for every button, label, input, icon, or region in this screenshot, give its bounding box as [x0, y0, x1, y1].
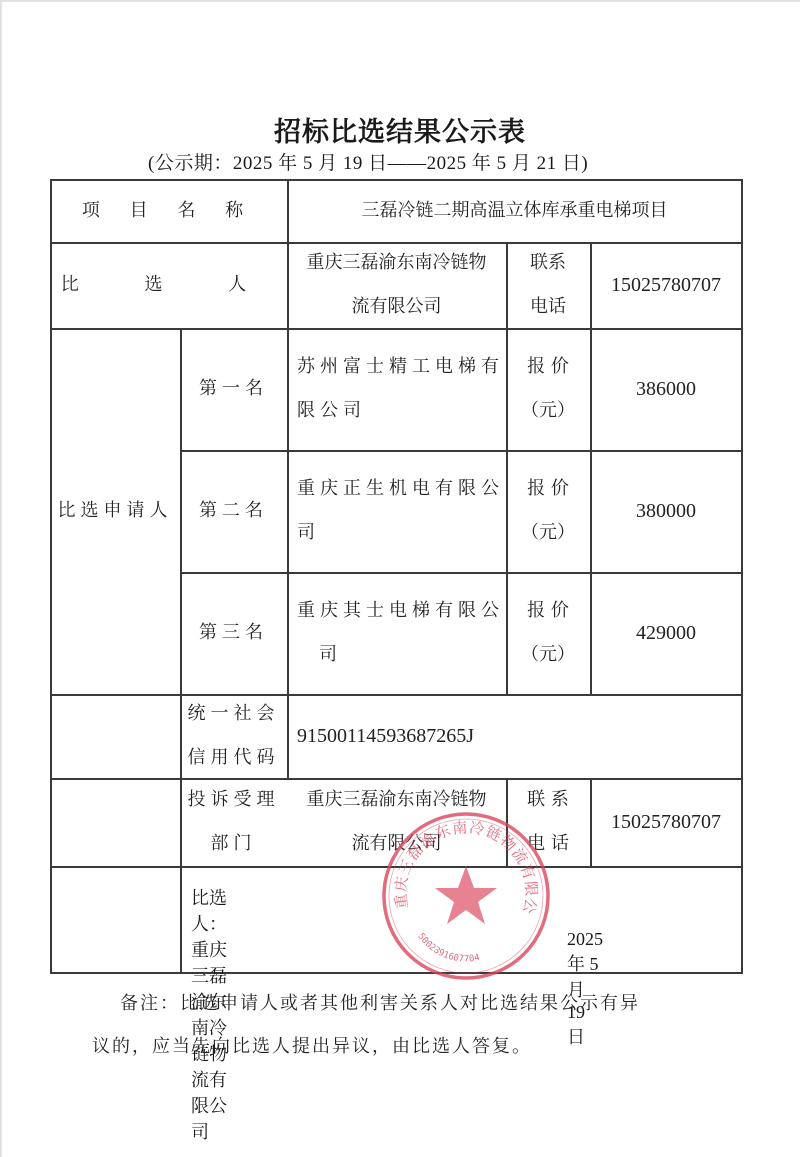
- applicant-rank: 第三名: [199, 611, 268, 655]
- applicant-rank-cell: 第三名: [180, 572, 287, 694]
- applicant-price-label-cell: 报 价 （元）: [506, 450, 590, 572]
- applicant-company-line1: 重庆其士电梯有限公: [297, 589, 504, 633]
- applicants-label-cell: 比选申请人: [50, 328, 180, 694]
- selector-name-cell: 重庆三磊渝东南冷链物 流有限公司: [287, 242, 506, 328]
- applicant-company-cell: 重庆正生机电有限公 司: [287, 450, 506, 572]
- svg-text:5002391607704: 5002391607704: [415, 932, 480, 965]
- complaint-dept-line1: 重庆三磊渝东南冷链物: [307, 778, 487, 822]
- selector-label-cell: 比 选 人: [50, 242, 287, 328]
- seal-number: 5002391607704: [415, 932, 480, 965]
- remark-note: 备注：比选申请人或者其他利害关系人对比选结果公示有异 议的，应当先向比选人提出异…: [120, 982, 720, 1068]
- project-name-label: 项 目 名 称: [82, 189, 255, 233]
- complaint-label-cell: 投诉受理 部门: [180, 778, 287, 866]
- applicant-rank: 第二名: [199, 489, 268, 533]
- selector-name-line1: 重庆三磊渝东南冷链物: [307, 241, 487, 285]
- price-label-line2: （元）: [521, 389, 575, 433]
- selector-contact-label-line2: 电话: [530, 285, 566, 329]
- complaint-contact-label-line2: 电 话: [527, 822, 569, 866]
- applicant-rank: 第一名: [199, 367, 268, 411]
- complaint-contact-label-line1: 联 系: [527, 778, 569, 822]
- price-label-line1: 报 价: [521, 467, 575, 511]
- complaint-dept-line2: 流有限公司: [307, 822, 487, 866]
- applicant-company-line2: 司: [297, 633, 504, 677]
- credit-code-label-line2: 信用代码: [188, 736, 280, 780]
- complaint-label-line1: 投诉受理: [188, 778, 280, 822]
- project-name-value-cell: 三磊冷链二期高温立体库承重电梯项目: [287, 179, 742, 242]
- table-border-bottom: [50, 972, 743, 974]
- applicant-price-label-cell: 报 价 （元）: [506, 328, 590, 450]
- applicant-rank-cell: 第二名: [180, 450, 287, 572]
- remark-line2: 议的，应当先向比选人提出异议，由比选人答复。: [92, 1025, 720, 1068]
- applicant-price-cell: 429000: [590, 572, 742, 694]
- applicant-company-cell: 重庆其士电梯有限公 司: [287, 572, 506, 694]
- page-edge-top: [0, 0, 800, 2]
- document-title: 招标比选结果公示表: [0, 110, 800, 149]
- price-label-line2: （元）: [521, 633, 575, 677]
- selector-label: 比 选 人: [61, 263, 276, 307]
- applicant-price-label-cell: 报 价 （元）: [506, 572, 590, 694]
- applicant-company-line1: 苏州富士精工电梯有: [297, 345, 504, 389]
- complaint-phone-cell: 15025780707: [590, 778, 742, 866]
- selector-phone-cell: 15025780707: [590, 242, 742, 328]
- selector-phone: 15025780707: [611, 263, 721, 307]
- credit-code-value-cell: 91500114593687265J: [287, 694, 742, 778]
- price-label-line2: （元）: [521, 511, 575, 555]
- project-name-label-cell: 项 目 名 称: [50, 179, 287, 242]
- complaint-label-line2: 部门: [188, 822, 280, 866]
- publicity-period: (公示期：2025 年 5 月 19 日——2025 年 5 月 21 日): [148, 148, 588, 175]
- applicant-company-cell: 苏州富士精工电梯有 限公司: [287, 328, 506, 450]
- credit-code-label-cell: 统一社会 信用代码: [180, 694, 287, 778]
- applicant-rank-cell: 第一名: [180, 328, 287, 450]
- project-name-value: 三磊冷链二期高温立体库承重电梯项目: [362, 189, 668, 233]
- complaint-phone: 15025780707: [611, 800, 721, 844]
- selector-contact-label-line1: 联系: [530, 241, 566, 285]
- applicant-price: 386000: [636, 367, 696, 411]
- page-edge: [0, 0, 3, 1157]
- credit-code-value: 91500114593687265J: [297, 714, 474, 758]
- applicant-price: 429000: [636, 611, 696, 655]
- price-label-line1: 报 价: [521, 589, 575, 633]
- applicant-company-line2: 司: [297, 511, 504, 555]
- applicant-company-line2: 限公司: [297, 389, 504, 433]
- selector-name-line2: 流有限公司: [307, 285, 487, 329]
- applicant-price: 380000: [636, 489, 696, 533]
- complaint-contact-label-cell: 联 系 电 话: [506, 778, 590, 866]
- row-divider: [50, 866, 743, 868]
- applicant-price-cell: 386000: [590, 328, 742, 450]
- remark-line1: 备注：比选申请人或者其他利害关系人对比选结果公示有异: [120, 993, 640, 1014]
- price-label-line1: 报 价: [521, 345, 575, 389]
- complaint-dept-cell: 重庆三磊渝东南冷链物 流有限公司: [287, 778, 506, 866]
- credit-code-label-line1: 统一社会: [188, 692, 280, 736]
- applicant-company-line1: 重庆正生机电有限公: [297, 467, 504, 511]
- applicants-label: 比选申请人: [58, 489, 173, 533]
- applicant-price-cell: 380000: [590, 450, 742, 572]
- selector-contact-label-cell: 联系 电话: [506, 242, 590, 328]
